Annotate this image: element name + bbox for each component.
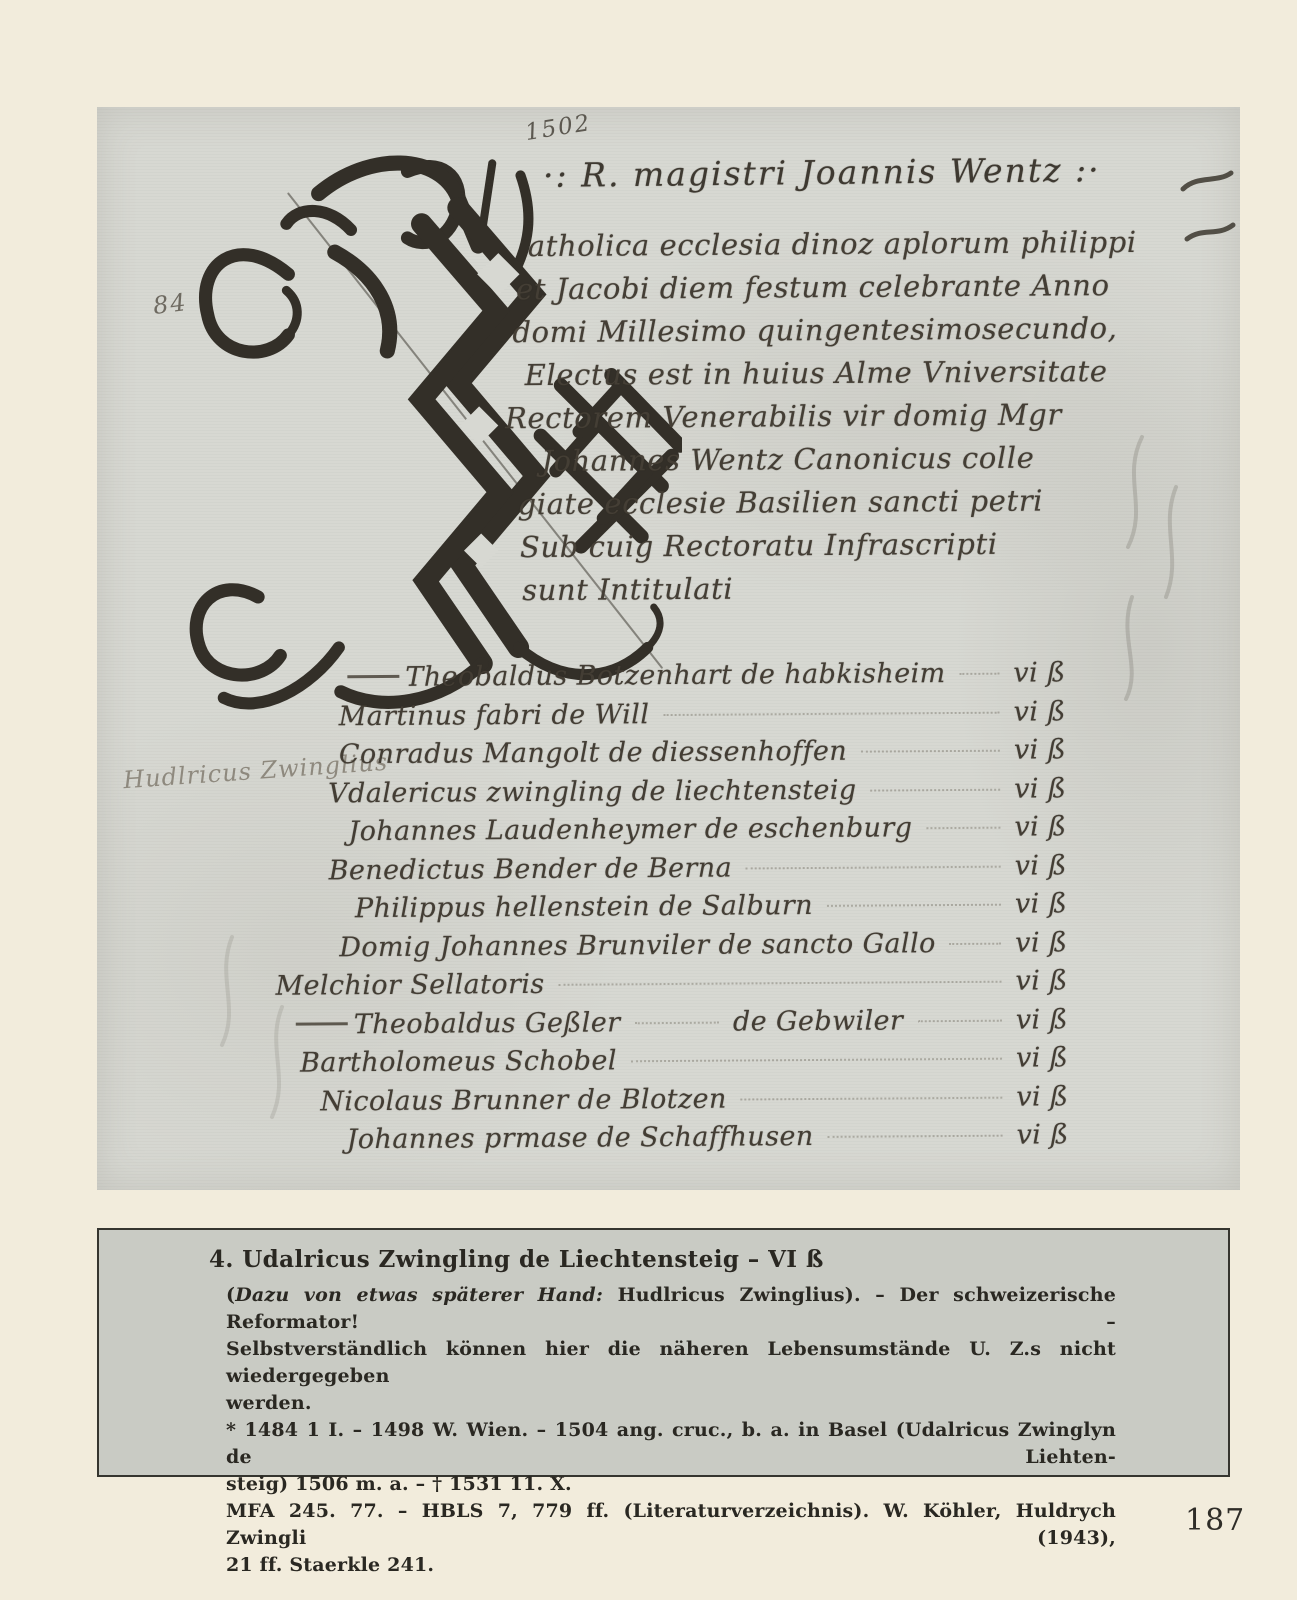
entry-name: Melchior Sellatoris [275, 969, 544, 1002]
manuscript-line: giate ecclesie Basilien sancti petri [517, 479, 1138, 526]
caption-line: * 1484 1 I. – 1498 W. Wien. – 1504 ang. … [226, 1417, 1116, 1471]
entry-amount: vi ß [1014, 811, 1094, 843]
caption-line: (Dazu von etwas späterer Hand: Hudlricus… [226, 1282, 1116, 1336]
caption-text-segment: ( [226, 1284, 235, 1306]
entry-name: Theobaldus Geßler [354, 1007, 621, 1040]
matriculation-list: Theobaldus Botzenhart de habkisheimvi ßM… [95, 656, 1241, 1164]
leader-line [926, 827, 1000, 830]
leader-line [960, 673, 1000, 675]
pen-stroke [347, 675, 399, 678]
entry-name: Theobaldus Botzenhart de habkisheim [405, 658, 945, 693]
caption-heading: 4. Udalricus Zwingling de Liechtensteig … [209, 1246, 1116, 1274]
caption-text-segment: werden. [226, 1392, 312, 1414]
entry-name: Johannes prmase de Schaffhusen [346, 1121, 813, 1155]
entry-place-addition: de Gebwiler [733, 1005, 904, 1037]
caption-line: steig) 1506 m. a. – † 1531 11. X. [226, 1471, 1116, 1498]
entry-amount: vi ß [1014, 773, 1094, 805]
entry-name: Conradus Mangolt de diessenhoffen [339, 736, 847, 771]
entry-amount: vi ß [1016, 1081, 1096, 1113]
entry-row: Johannes prmase de Schaffhusenvi ß [98, 1118, 1241, 1164]
manuscript-line: et Jacobi diem festum celebrante Anno [516, 264, 1137, 311]
leader-line [741, 1096, 1003, 1100]
entry-name: Nicolaus Brunner de Blotzen [320, 1083, 727, 1117]
manuscript-line: domi Millesimo quingentesimosecundo, [512, 307, 1137, 354]
entry-name: Martinus fabri de Will [339, 699, 650, 732]
entry-amount: vi ß [1014, 696, 1094, 728]
entry-amount: vi ß [1015, 927, 1095, 959]
caption-italic-segment: Dazu von etwas späterer Hand: [235, 1284, 603, 1306]
page-number: 187 [1185, 1503, 1245, 1538]
folio-number: 84 [151, 288, 189, 320]
entry-name: Philippus hellenstein de Salburn [355, 890, 813, 924]
leader-line [634, 1021, 719, 1024]
entry-name: Vdalericus zwingling de liechtensteig [328, 774, 857, 809]
leader-line [950, 942, 1002, 944]
manuscript-line: atholica ecclesia dinoz aplorum philippi [528, 221, 1137, 268]
leader-line [746, 865, 1001, 869]
leader-line [827, 904, 1001, 907]
entry-name: Bartholomeus Schobel [300, 1045, 617, 1078]
caption-body: (Dazu von etwas späterer Hand: Hudlricus… [99, 1282, 1228, 1579]
caption-text-segment: MFA 245. 77. – HBLS 7, 779 ff. (Literatu… [226, 1500, 1116, 1549]
entry-amount: vi ß [1016, 1042, 1096, 1074]
pen-stroke [296, 1022, 348, 1025]
caption-text-segment: Selbstverständlich können hier die näher… [226, 1338, 1116, 1387]
manuscript-body: atholica ecclesia dinoz aplorum philippi… [526, 221, 1140, 612]
leader-line [559, 981, 1002, 986]
manuscript-photo: 1502 84 ·: R. magistri Joannis Wentz :· … [97, 107, 1240, 1190]
caption-line: werden. [226, 1390, 1116, 1417]
entry-amount: vi ß [1016, 1004, 1096, 1036]
caption-text-segment: * 1484 1 I. – 1498 W. Wien. – 1504 ang. … [226, 1419, 1116, 1468]
leader-line [663, 711, 999, 715]
entry-amount: vi ß [1016, 1119, 1096, 1151]
caption-text-segment: steig) 1506 m. a. – † 1531 11. X. [226, 1473, 572, 1495]
manuscript-line: sunt Intitulati [522, 565, 1139, 612]
entry-amount: vi ß [1015, 850, 1095, 882]
ink-marks [1175, 167, 1245, 267]
leader-line [871, 788, 1001, 791]
entry-name: Domig Johannes Brunviler de sancto Gallo [339, 928, 936, 963]
entry-amount: vi ß [1015, 965, 1095, 997]
manuscript-line: Rectorem Venerabilis vir domig Mgr [505, 393, 1138, 440]
manuscript-line: Electus est in huius Alme Vniversitate [525, 350, 1138, 397]
caption-line: MFA 245. 77. – HBLS 7, 779 ff. (Literatu… [226, 1498, 1116, 1552]
caption-text-segment: 21 ff. Staerkle 241. [226, 1554, 434, 1576]
entry-amount: vi ß [1013, 657, 1093, 689]
leader-line [917, 1019, 1002, 1022]
leader-line [828, 1135, 1003, 1138]
manuscript-line: Johannes Wentz Canonicus colle [541, 436, 1138, 483]
manuscript-title: ·: R. magistri Joannis Wentz :· [543, 150, 1101, 195]
leader-line [861, 750, 1000, 753]
caption-box: 4. Udalricus Zwingling de Liechtensteig … [97, 1228, 1230, 1477]
caption-line: Selbstverständlich können hier die näher… [226, 1336, 1116, 1390]
caption-line: 21 ff. Staerkle 241. [226, 1552, 1116, 1579]
entry-name: Johannes Laudenheymer de eschenburg [348, 812, 912, 847]
leader-line [631, 1058, 1002, 1063]
entry-amount: vi ß [1014, 734, 1094, 766]
manuscript-line: Sub cuig Rectoratu Infrascripti [520, 522, 1139, 569]
entry-name: Benedictus Bender de Berna [329, 852, 733, 886]
entry-amount: vi ß [1015, 888, 1095, 920]
